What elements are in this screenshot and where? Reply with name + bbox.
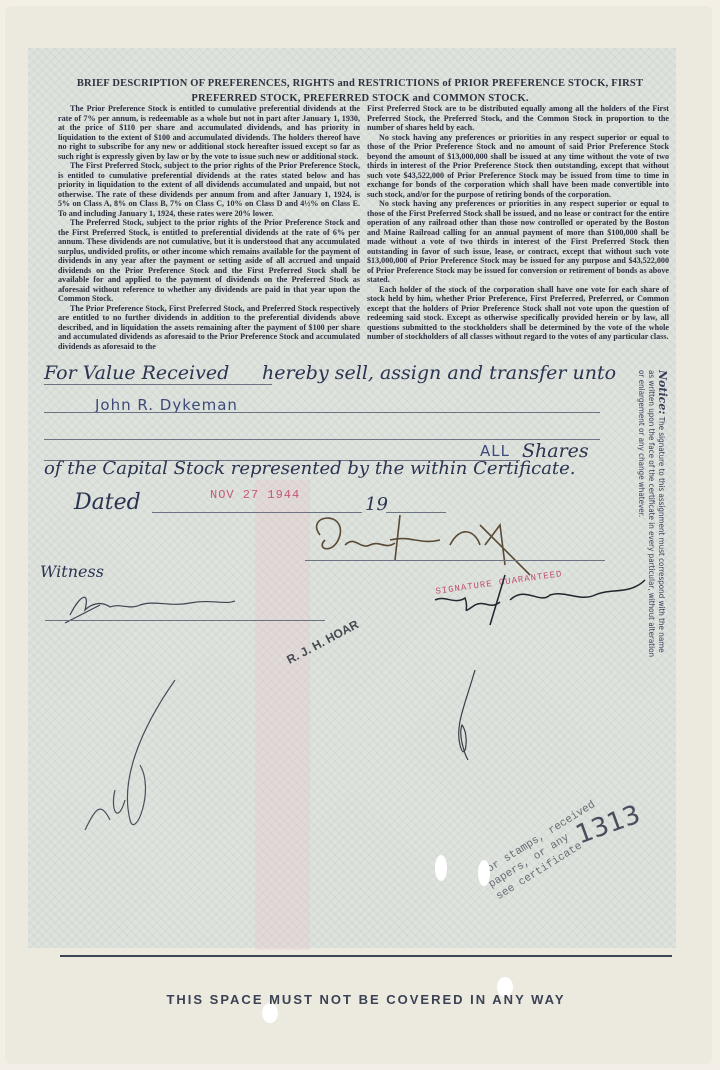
assignee-line — [44, 412, 600, 413]
cancel-perforation-1 — [435, 855, 447, 881]
signature-notice: Notice: The signature to this assignment… — [607, 370, 667, 660]
paragraph-prior-preference-limits: No stock having any preferences or prior… — [367, 133, 669, 200]
paragraph-voting: Each holder of the stock of the corporat… — [367, 285, 669, 342]
witness-signature — [60, 585, 250, 625]
assign-transfer-label: hereby sell, assign and transfer unto — [262, 362, 616, 384]
paragraph-preferred: The Preferred Stock, subject to the prio… — [58, 218, 360, 304]
pencil-mark-center — [450, 665, 480, 775]
description-title: BRIEF DESCRIPTION OF PREFERENCES, RIGHTS… — [60, 76, 660, 106]
notice-text: The signature to this assignment must co… — [637, 370, 666, 657]
footer-warning: THIS SPACE MUST NOT BE COVERED IN ANY WA… — [60, 992, 672, 1007]
pencil-notation-left — [80, 670, 190, 840]
paragraph-liquidation: The Prior Preference Stock, First Prefer… — [58, 304, 360, 352]
value-line — [44, 384, 272, 385]
paragraph-first-preferred-limits: No stock having any preferences or prior… — [367, 199, 669, 285]
paragraph-prior-preference: The Prior Preference Stock is entitled t… — [58, 104, 360, 161]
for-value-received-label: For Value Received — [44, 362, 229, 384]
paragraph-distribution: First Preferred Stock are to be distribu… — [367, 104, 669, 133]
title-line-1: BRIEF DESCRIPTION OF PREFERENCES, RIGHTS… — [60, 76, 660, 91]
witness-label: Witness — [40, 562, 104, 581]
footer-divider — [60, 955, 672, 957]
notice-label: Notice: — [656, 370, 669, 414]
witness-line — [45, 620, 325, 621]
description-right-column: First Preferred Stock are to be distribu… — [367, 104, 669, 342]
date-stamp: NOV 27 1944 — [210, 488, 300, 502]
cancel-perforation-2 — [478, 860, 490, 886]
capital-stock-label: of the Capital Stock represented by the … — [44, 458, 576, 479]
description-left-column: The Prior Preference Stock is entitled t… — [58, 104, 360, 351]
blank-line — [44, 439, 600, 440]
paragraph-first-preferred: The First Preferred Stock, subject to th… — [58, 161, 360, 218]
dated-label: Dated — [74, 490, 141, 515]
